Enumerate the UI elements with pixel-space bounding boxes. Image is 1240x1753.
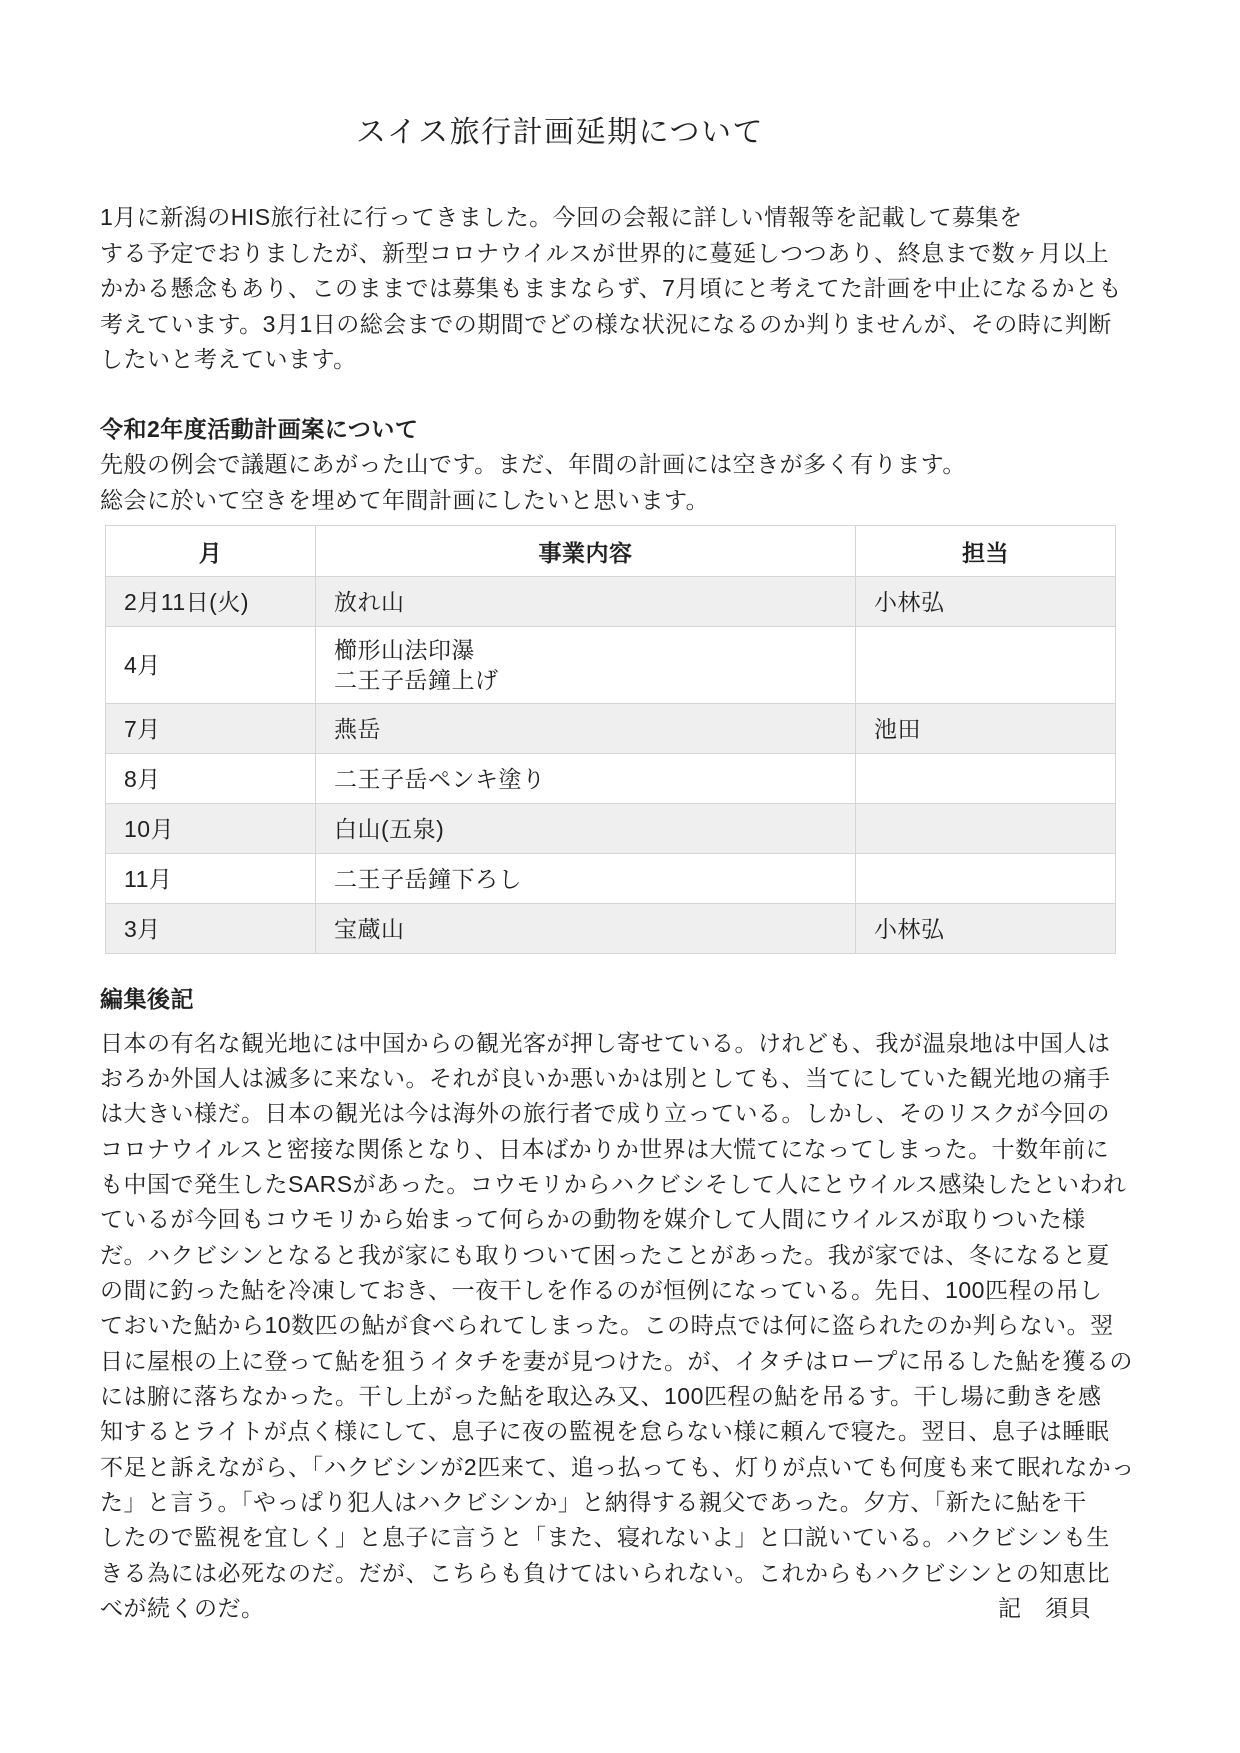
postscript-line: 知するとライトが点く様にして、息子に夜の監視を怠らない様に頼んで寝た。翌日、息子… bbox=[100, 1414, 1140, 1449]
cell-month: 10月 bbox=[106, 804, 316, 854]
cell-month: 2月11日(火) bbox=[106, 577, 316, 627]
cell-month: 4月 bbox=[106, 627, 316, 704]
postscript-line: 不足と訴えながら、「ハクビシンが2匹来て、追っ払っても、灯りが点いても何度も来て… bbox=[100, 1450, 1140, 1485]
postscript-line: 日に屋根の上に登って鮎を狙うイタチを妻が見つけた。が、イタチはロープに吊るした鮎… bbox=[100, 1344, 1140, 1379]
table-row: 10月 白山(五泉) bbox=[106, 804, 1116, 854]
intro-line: 1月に新潟のHIS旅行社に行ってきました。今回の会報に詳しい情報等を記載して募集… bbox=[100, 200, 1140, 236]
postscript-line: おろか外国人は滅多に来ない。それが良いか悪いかは別としても、当てにしていた観光地… bbox=[100, 1061, 1140, 1096]
cell-person bbox=[856, 627, 1116, 704]
document-page: スイス旅行計画延期について 1月に新潟のHIS旅行社に行ってきました。今回の会報… bbox=[0, 0, 1240, 1753]
table-row: 7月 燕岳 池田 bbox=[106, 704, 1116, 754]
postscript-line: きる為には必死なのだ。だが、こちらも負けてはいられない。これからもハクビシンとの… bbox=[100, 1556, 1140, 1591]
table-row: 4月 櫛形山法印瀑 二王子岳鐘上げ bbox=[106, 627, 1116, 704]
cell-person bbox=[856, 854, 1116, 904]
cell-month: 3月 bbox=[106, 904, 316, 954]
cell-activity: 燕岳 bbox=[316, 704, 856, 754]
plan-line: 先般の例会で議題にあがった山です。まだ、年間の計画には空きが多く有ります。 bbox=[100, 447, 1140, 483]
postscript-paragraph: 日本の有名な観光地には中国からの観光客が押し寄せている。けれども、我が温泉地は中… bbox=[100, 1026, 1140, 1627]
intro-line: する予定でおりましたが、新型コロナウイルスが世界的に蔓延しつつあり、終息まで数ヶ… bbox=[100, 236, 1140, 272]
postscript-line: だ。ハクビシンとなると我が家にも取りついて困ったことがあった。我が家では、冬にな… bbox=[100, 1238, 1140, 1273]
intro-line: したいと考えています。 bbox=[100, 342, 1140, 378]
cell-month: 8月 bbox=[106, 754, 316, 804]
postscript-line: も中国で発生したSARSがあった。コウモリからハクビシそして人にとウイルス感染し… bbox=[100, 1167, 1140, 1202]
cell-activity: 白山(五泉) bbox=[316, 804, 856, 854]
postscript-line: の間に釣った鮎を冷凍しておき、一夜干しを作るのが恒例になっている。先日、100匹… bbox=[100, 1273, 1140, 1308]
cell-activity: 宝蔵山 bbox=[316, 904, 856, 954]
postscript-final-line: べが続くのだ。 記 須貝 bbox=[100, 1591, 1140, 1626]
postscript-line: ておいた鮎から10数匹の鮎が食べられてしまった。この時点では何に盗られたのか判ら… bbox=[100, 1308, 1140, 1343]
postscript-last-text: べが続くのだ。 bbox=[100, 1591, 265, 1626]
cell-activity: 櫛形山法印瀑 二王子岳鐘上げ bbox=[316, 627, 856, 704]
cell-month: 7月 bbox=[106, 704, 316, 754]
plan-line: 総会に於いて空きを埋めて年間計画にしたいと思います。 bbox=[100, 483, 1140, 519]
postscript-line: したので監視を宜しく」と息子に言うと「また、寝れないよ」と口説いている。ハクビシ… bbox=[100, 1520, 1140, 1555]
column-header-person: 担当 bbox=[856, 526, 1116, 577]
cell-activity: 二王子岳ペンキ塗り bbox=[316, 754, 856, 804]
cell-person bbox=[856, 754, 1116, 804]
cell-activity: 放れ山 bbox=[316, 577, 856, 627]
column-header-month: 月 bbox=[106, 526, 316, 577]
postscript-line: は大きい様だ。日本の観光は今は海外の旅行者で成り立っている。しかし、そのリスクが… bbox=[100, 1096, 1140, 1131]
table-header-row: 月 事業内容 担当 bbox=[106, 526, 1116, 577]
table-row: 11月 二王子岳鐘下ろし bbox=[106, 854, 1116, 904]
column-header-activity: 事業内容 bbox=[316, 526, 856, 577]
activity-plan-table: 月 事業内容 担当 2月11日(火) 放れ山 小林弘 4月 櫛形山法印瀑 二王子… bbox=[105, 525, 1116, 954]
table-row: 8月 二王子岳ペンキ塗り bbox=[106, 754, 1116, 804]
cell-month: 11月 bbox=[106, 854, 316, 904]
plan-paragraph: 先般の例会で議題にあがった山です。まだ、年間の計画には空きが多く有ります。 総会… bbox=[100, 447, 1140, 518]
postscript-line: た」と言う。「やっぱり犯人はハクビシンか」と納得する親父であった。夕方、「新たに… bbox=[100, 1485, 1140, 1520]
intro-line: かかる懸念もあり、このままでは募集もままならず、7月頃にと考えてた計画を中止にな… bbox=[100, 271, 1140, 307]
postscript-line: コロナウイルスと密接な関係となり、日本ばかりか世界は大慌てになってしまった。十数… bbox=[100, 1132, 1140, 1167]
cell-person: 小林弘 bbox=[856, 577, 1116, 627]
table-row: 2月11日(火) 放れ山 小林弘 bbox=[106, 577, 1116, 627]
author-signature: 記 須貝 bbox=[998, 1591, 1092, 1626]
postscript-line: ているが今回もコウモリから始まって何らかの動物を媒介して人間にウイルスが取りつい… bbox=[100, 1202, 1140, 1237]
cell-person bbox=[856, 804, 1116, 854]
postscript-line: には腑に落ちなかった。干し上がった鮎を取込み又、100匹程の鮎を吊るす。干し場に… bbox=[100, 1379, 1140, 1414]
cell-person: 池田 bbox=[856, 704, 1116, 754]
postscript-heading: 編集後記 bbox=[100, 982, 1140, 1018]
cell-activity: 二王子岳鐘下ろし bbox=[316, 854, 856, 904]
cell-person: 小林弘 bbox=[856, 904, 1116, 954]
table-row: 3月 宝蔵山 小林弘 bbox=[106, 904, 1116, 954]
plan-section-heading: 令和2年度活動計画案について bbox=[100, 412, 1140, 448]
postscript-line: 日本の有名な観光地には中国からの観光客が押し寄せている。けれども、我が温泉地は中… bbox=[100, 1026, 1140, 1061]
intro-paragraph: 1月に新潟のHIS旅行社に行ってきました。今回の会報に詳しい情報等を記載して募集… bbox=[100, 200, 1140, 378]
page-title: スイス旅行計画延期について bbox=[100, 112, 1020, 154]
intro-line: 考えています。3月1日の総会までの期間でどの様な状況になるのか判りませんが、その… bbox=[100, 307, 1140, 343]
